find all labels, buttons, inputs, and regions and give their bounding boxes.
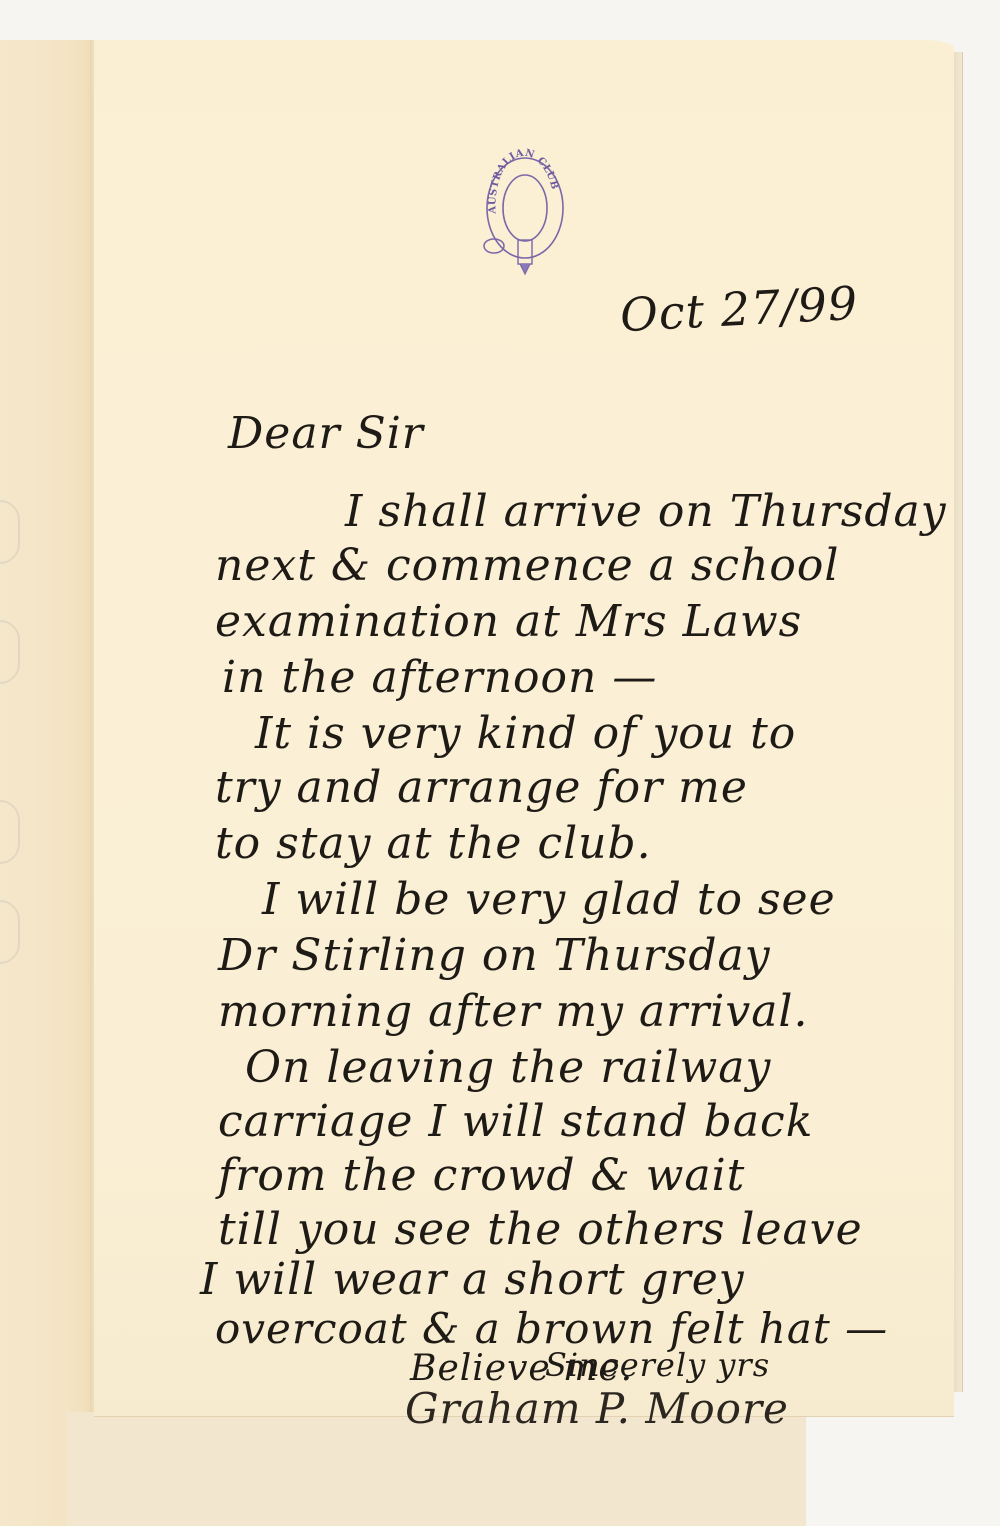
left-folded-page [0, 40, 96, 1526]
closing-sincerely: Sincerely yrs [545, 1346, 770, 1384]
body-line: to stay at the club. [215, 818, 652, 869]
signature: Graham P. Moore [405, 1384, 789, 1433]
ghost-mark [0, 900, 20, 964]
body-line: I shall arrive on Thursday [345, 486, 947, 537]
body-line: in the afternoon — [222, 652, 657, 703]
body-line: I will be very glad to see [262, 874, 836, 925]
body-line: try and arrange for me [215, 762, 748, 813]
ghost-mark [0, 500, 20, 564]
australian-club-crest-icon: AUSTRALIAN CLUB [478, 148, 570, 280]
body-line: On leaving the railway [245, 1042, 771, 1093]
salutation: Dear Sir [228, 408, 424, 459]
body-line: examination at Mrs Laws [215, 596, 802, 647]
body-line: till you see the others leave [218, 1204, 863, 1255]
body-line: It is very kind of you to [255, 708, 796, 759]
body-line: carriage I will stand back [218, 1096, 813, 1147]
body-line: morning after my arrival. [218, 986, 809, 1037]
ghost-mark [0, 620, 20, 684]
body-line: I will wear a short grey [200, 1254, 745, 1305]
svg-text:AUSTRALIAN CLUB: AUSTRALIAN CLUB [487, 148, 560, 215]
body-line: next & commence a school [215, 540, 839, 591]
ghost-mark [0, 800, 20, 864]
body-line: Dr Stirling on Thursday [218, 930, 771, 981]
body-line: from the crowd & wait [218, 1150, 745, 1201]
